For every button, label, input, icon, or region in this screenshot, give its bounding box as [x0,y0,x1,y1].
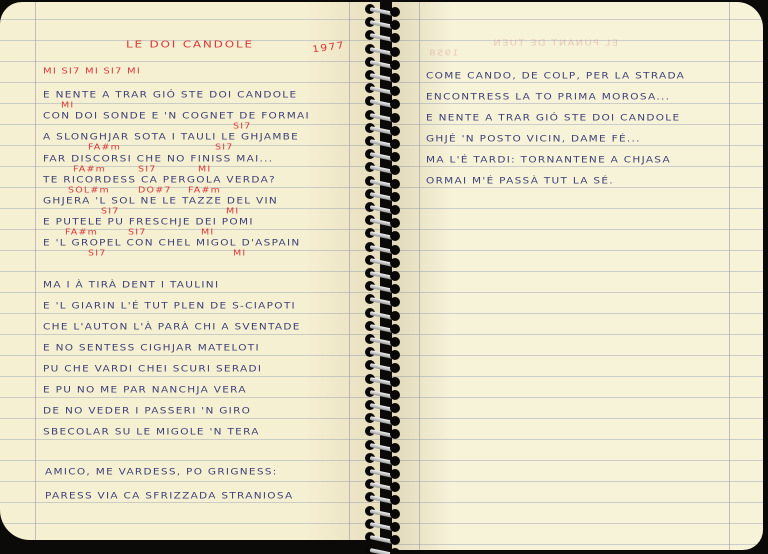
spiral-coil [362,110,402,122]
spiral-coil [362,268,402,280]
spiral-coil [362,308,402,320]
lyric-line: ORMAI M'É PASSÀ TUT LA SÉ. [426,176,614,186]
spiral-coil [362,545,402,554]
chord-label: SI7 [88,249,106,258]
chord-label: SI7 [233,122,251,131]
spiral-coil [362,426,402,438]
show-through-year: 1958 [428,49,459,58]
lyric-line: TE RICORDESS CA PERGOLA VERDA? [43,175,276,185]
spiral-coil [362,228,402,240]
spiral-coil [362,387,402,399]
spiral-coil [362,492,402,504]
spiral-coil [362,479,402,491]
lyric-line: E PU NO ME PAR NANCHJA VERA [43,385,247,395]
lyric-line: E NENTE A TRAR GIÓ STE DOI CANDOLE [426,113,680,123]
lyric-line: GHJERA 'L SOL NE LE TAZZE DEL VIN [43,196,278,206]
spiral-coil [362,136,402,148]
lyric-line: PARESS VIA CA SFRIZZADA STRANIOSA [45,491,293,501]
lyric-line: MA L'É TARDI: TORNANTENE A CHJASA [426,155,671,165]
lyric-line: AMICO, ME VARDESS, PO GRIGNESS: [45,467,278,477]
left-margin-line [419,2,420,550]
chord-label: FA#m [65,228,98,237]
chord-label: FA#m [73,165,106,174]
spiral-coil [362,519,402,531]
right-margin-line [349,2,350,540]
spiral-coil [362,4,402,16]
chord-label: SI7 [128,228,146,237]
chord-label: FA#m [188,186,221,195]
spiral-coil [362,70,402,82]
lyric-line: E 'L GIARIN L'É TUT PLEN DE S-CIAPOTI [43,301,296,311]
spiral-coil [362,360,402,372]
lyric-line: COME CANDO, DE COLP, PER LA STRADA [426,71,685,81]
chord-label: MI [61,101,74,110]
spiral-binding [362,0,402,554]
lyric-line: E 'L GROPEL CON CHEL MIGOL D'ASPAIN [43,238,301,248]
spiral-coil [362,400,402,412]
lyric-line: FAR DISCORSI CHE NO FINISS MAI... [43,154,273,164]
spiral-coil [362,334,402,346]
song-year: 1977 [311,39,345,55]
spiral-coil [362,176,402,188]
right-margin-line [729,2,730,550]
spiral-coil [362,321,402,333]
lyric-line: DE NO VEDER I PASSERI 'N GIRO [43,406,251,416]
intro-chords: MI SI7 MI SI7 MI [43,67,141,76]
lyric-line: SBECOLAR SU LE MIGOLE 'N TERA [43,427,260,437]
chord-label: DO#7 [138,186,172,195]
spiral-coil [362,294,402,306]
spiral-coil [362,242,402,254]
spiral-coil [362,189,402,201]
show-through-title: EL PUNANT DE TUEN [492,39,618,48]
spiral-coil [362,17,402,29]
spiral-coil [362,255,402,267]
chord-label: SOL#m [68,186,110,195]
left-notebook-page: LE DOI CANDOLE 1977 MI SI7 MI SI7 MI E N… [0,2,380,540]
spiral-coil [362,215,402,227]
spiral-coil [362,202,402,214]
spiral-coil [362,83,402,95]
lyric-line: E NENTE A TRAR GIÓ STE DOI CANDOLE [43,90,297,100]
chord-label: MI [198,165,211,174]
lyric-line: E PUTELE PU FRESCHJE DEI POMI [43,217,254,227]
spiral-coil [362,453,402,465]
spiral-coil [362,57,402,69]
chord-label: SI7 [215,143,233,152]
spiral-coil [362,96,402,108]
spiral-coil [362,374,402,386]
chord-label: FA#m [88,143,121,152]
lyric-line: E NO SENTESS CIGHJAR MATELOTI [43,343,260,353]
chord-label: SI7 [101,207,119,216]
chord-label: MI [201,228,214,237]
spiral-coil [362,347,402,359]
spiral-coil [362,162,402,174]
spiral-coil [362,281,402,293]
song-title: LE DOI CANDOLE [126,39,254,50]
spiral-coil [362,466,402,478]
lyric-line: CON DOI SONDE E 'N COGNET DE FORMAI [43,111,310,121]
chord-label: SI7 [138,165,156,174]
spiral-coil [362,413,402,425]
spiral-coil [362,440,402,452]
spiral-coil [362,506,402,518]
spiral-coil [362,44,402,56]
spiral-coil [362,123,402,135]
chord-label: MI [233,249,246,258]
spiral-coil [362,532,402,544]
right-notebook-page: EL PUNANT DE TUEN 1958 COME CANDO, DE CO… [392,2,763,550]
lyric-line: CHE L'AUTON L'À PARÀ CHI A SVENTADE [43,322,301,332]
left-margin-line [35,2,36,540]
spiral-coil [362,30,402,42]
spiral-coil [362,149,402,161]
chord-label: MI [226,207,239,216]
lyric-line: A SLONGHJAR SOTA I TAULI LE GHJAMBE [43,132,299,142]
lyric-line: GHJÉ 'N POSTO VICIN, DAME FÉ... [426,134,641,144]
lyric-line: PU CHE VARDI CHEI SCURI SERADI [43,364,262,374]
lyric-line: MA I À TIRÀ DENT I TAULINI [43,280,219,290]
lyric-line: ENCONTRESS LA TO PRIMA MOROSA... [426,92,670,102]
